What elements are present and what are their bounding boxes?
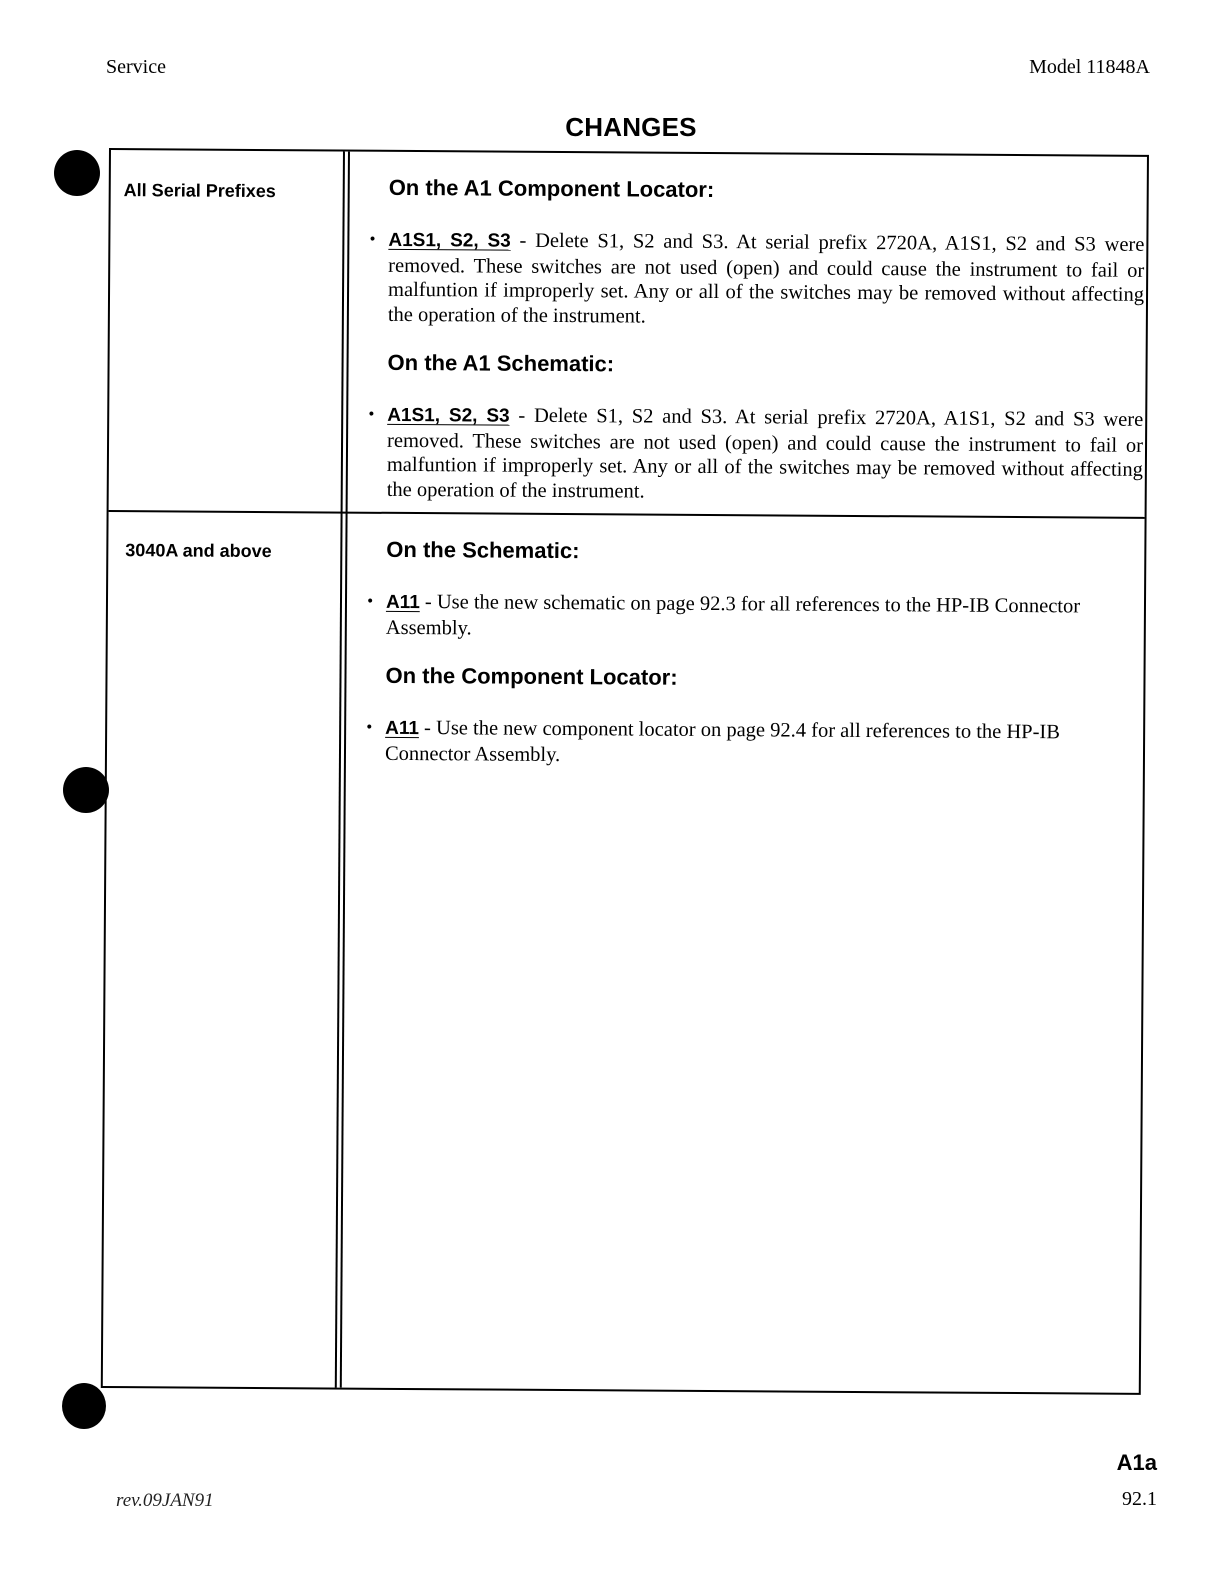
changes-table: All Serial Prefixes On the A1 Component …	[101, 148, 1149, 1395]
component-reference: A1S1, S2, S3	[388, 230, 511, 252]
serial-prefix-cell: 3040A and above	[125, 540, 272, 562]
section-heading: On the Component Locator:	[385, 662, 1141, 695]
revision-date: rev.09JAN91	[116, 1490, 214, 1512]
page-header-model: Model 11848A	[1029, 56, 1150, 79]
bullet-icon: •	[368, 228, 376, 253]
change-item: •A11 - Use the new schematic on page 92.…	[366, 590, 1146, 645]
section-heading: On the A1 Component Locator:	[389, 174, 1145, 207]
section-code: A1a	[1117, 1450, 1157, 1476]
section-heading: On the Schematic:	[386, 536, 1142, 569]
binder-hole-icon	[54, 150, 100, 196]
bullet-icon: •	[365, 716, 373, 741]
component-reference: A11	[385, 718, 419, 739]
change-item: •A1S1, S2, S3 - Delete S1, S2 and S3. At…	[368, 228, 1145, 332]
page-header-section: Service	[106, 56, 166, 79]
change-description: - Use the new schematic on page 92.3 for…	[386, 591, 1080, 639]
change-content-cell: On the A1 Component Locator: •A1S1, S2, …	[367, 174, 1145, 529]
page-number: 92.1	[1122, 1488, 1157, 1511]
change-item: •A11 - Use the new component locator on …	[365, 716, 1145, 771]
binder-hole-icon	[63, 767, 109, 813]
page-title: CHANGES	[0, 112, 1229, 143]
bullet-icon: •	[367, 403, 375, 428]
section-heading: On the A1 Schematic:	[387, 349, 1143, 382]
serial-prefix-cell: All Serial Prefixes	[124, 180, 276, 202]
table-row: All Serial Prefixes On the A1 Component …	[109, 150, 1147, 519]
component-reference: A11	[386, 592, 420, 613]
table-row: 3040A and above On the Schematic: •A11 -…	[103, 512, 1145, 1393]
change-item: •A1S1, S2, S3 - Delete S1, S2 and S3. At…	[367, 403, 1144, 507]
component-reference: A1S1, S2, S3	[387, 405, 510, 427]
change-content-cell: On the Schematic: •A11 - Use the new sch…	[365, 536, 1143, 793]
bullet-icon: •	[366, 590, 374, 615]
change-description: - Use the new component locator on page …	[385, 717, 1060, 765]
binder-hole-icon	[62, 1383, 106, 1429]
